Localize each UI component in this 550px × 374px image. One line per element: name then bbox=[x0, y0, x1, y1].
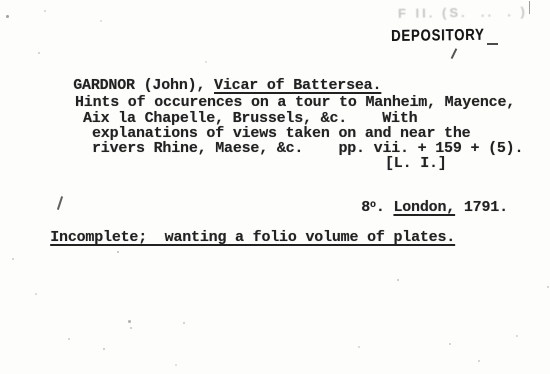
noise-speck bbox=[130, 327, 132, 329]
condition-note: Incomplete; wanting a folio volume of pl… bbox=[15, 212, 455, 263]
collation-reference: [L. I.] bbox=[385, 155, 447, 172]
noise-speck bbox=[358, 346, 360, 348]
corner-tick-mark bbox=[529, 1, 530, 14]
stamp-underscore-mark bbox=[487, 43, 498, 45]
note-slash-mark bbox=[57, 196, 63, 210]
depository-stamp: DEPOSITORY bbox=[391, 27, 485, 46]
noise-speck bbox=[449, 343, 451, 345]
condition-note-text-underlined: Incomplete; wanting a folio volume of pl… bbox=[50, 229, 455, 246]
noise-speck bbox=[35, 293, 37, 295]
description-line-4: rivers Rhine, Maese, &c. pp. vii. + 159 … bbox=[92, 140, 523, 157]
noise-speck bbox=[44, 10, 46, 12]
noise-speck bbox=[128, 320, 131, 323]
noise-speck bbox=[478, 360, 480, 362]
description-line-1: Hints of occurences on a tour to Manheim… bbox=[75, 94, 515, 111]
noise-speck bbox=[117, 251, 119, 253]
stamp-slash-mark bbox=[451, 48, 457, 59]
format-superscript: o bbox=[370, 200, 376, 211]
noise-speck bbox=[205, 61, 207, 63]
noise-speck bbox=[547, 286, 549, 288]
faint-illegible-stamp: F II. (S. .. . ) bbox=[398, 4, 528, 21]
noise-speck bbox=[516, 335, 518, 337]
noise-speck bbox=[38, 52, 40, 54]
noise-speck bbox=[103, 348, 105, 350]
noise-speck bbox=[175, 364, 177, 366]
author-title-underlined: Vicar of Battersea. bbox=[214, 77, 381, 94]
noise-speck bbox=[68, 338, 70, 340]
noise-speck bbox=[183, 322, 185, 324]
noise-speck bbox=[397, 279, 399, 281]
author-name: GARDNOR (John), bbox=[73, 77, 214, 94]
noise-speck bbox=[100, 20, 102, 22]
noise-speck bbox=[12, 258, 14, 260]
catalog-card: F II. (S. .. . ) DEPOSITORY GARDNOR (Joh… bbox=[0, 0, 550, 374]
noise-speck bbox=[6, 15, 9, 18]
imprint-year: 1791. bbox=[455, 199, 508, 216]
